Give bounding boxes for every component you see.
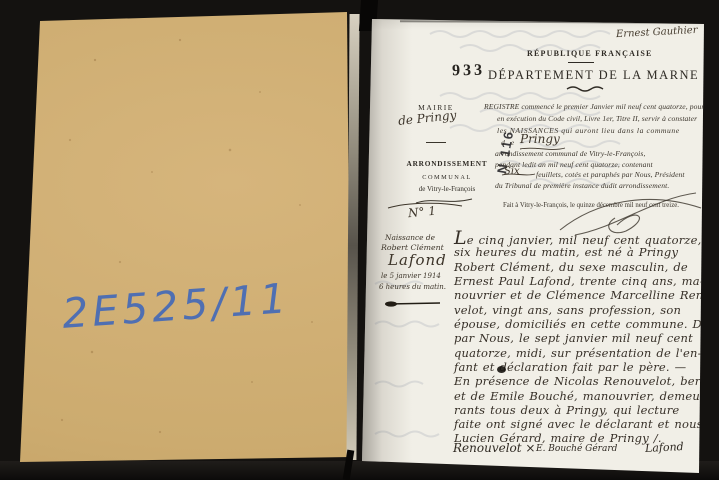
department-heading: DÉPARTEMENT DE LA MARNE	[488, 68, 678, 83]
act-body-line: Ernest Paul Lafond, trente cinq ans, ma-	[454, 274, 704, 288]
preamble-line-1: REGISTRE commencé le premier Janvier mil…	[484, 102, 706, 111]
folio-count-flourish	[501, 172, 537, 178]
republic-rule	[568, 62, 594, 63]
act-body-line: épouse, domiciliés en cette commune. Dre…	[454, 317, 719, 331]
act-body-line: par Nous, le sept janvier mil neuf cent	[454, 331, 693, 345]
act-margin-date: le 5 janvier 1914	[381, 272, 441, 280]
act-body-line: Robert Clément, du sexe masculin, de	[454, 260, 688, 274]
signature-witness-and-mayor: E. Bouché Gérard	[536, 444, 617, 454]
act-body-line: En présence de Nicolas Renouvelot, berge…	[454, 374, 719, 388]
act-body-line: nouvrier et de Clémence Marcelline Renou…	[454, 288, 719, 302]
scanned-register-photo: 2E525/11 Ernest Gauthier	[0, 0, 719, 480]
preamble-line-5: arrondissement communal de Vitry-le-Fran…	[495, 149, 645, 158]
page-edge-sliver	[346, 14, 359, 460]
act-body-line: quatorze, midi, sur présentation de l'en…	[454, 346, 702, 360]
act-body-line: velot, vingt ans, sans profession, son	[454, 303, 681, 317]
preamble-line-2: en exécution du Code civil, Livre 1er, T…	[497, 114, 697, 123]
signature-witness-renouvelot: Renouvelot ×	[453, 441, 535, 455]
arrondissement-place-label: de Vitry-le-François	[404, 185, 490, 193]
act-number: N° 1	[407, 204, 436, 220]
act-margin-label: Naissance de	[385, 233, 435, 242]
margin-rule	[426, 142, 446, 143]
department-rule-flourish	[566, 85, 604, 93]
act-body-line: et de Emile Bouché, manouvrier, demeu-	[454, 389, 704, 403]
communal-label: COMMUNAL	[413, 174, 481, 181]
act-margin-ink-line	[384, 299, 442, 309]
act-margin-surname: Lafond	[388, 251, 447, 269]
commune-name-handwritten: Pringy	[520, 132, 560, 146]
archive-call-number: 2E525/11	[61, 274, 292, 338]
arrondissement-label: ARRONDISSEMENT	[405, 159, 489, 168]
register-number-stamp: 933	[452, 62, 485, 81]
act-body-line: six heures du matin, est né à Pringy	[454, 245, 678, 259]
preamble-line-4-print: d e	[501, 138, 516, 147]
act-body-line: faite ont signé avec le déclarant et nou…	[454, 417, 707, 431]
signature-declarant-lafond: Lafond	[645, 440, 684, 455]
ink-blot	[497, 366, 506, 373]
republic-heading: RÉPUBLIQUE FRANÇAISE	[527, 49, 637, 58]
preamble-line-7-print: feuillets, cotés et paraphés par Nous, P…	[536, 170, 685, 179]
act-body-line: rants tous deux à Pringy, qui lecture	[454, 403, 679, 417]
act-body-line: fant et déclaration fait par le père. —	[454, 360, 686, 374]
act-margin-time: 6 heures du matin.	[379, 283, 446, 291]
